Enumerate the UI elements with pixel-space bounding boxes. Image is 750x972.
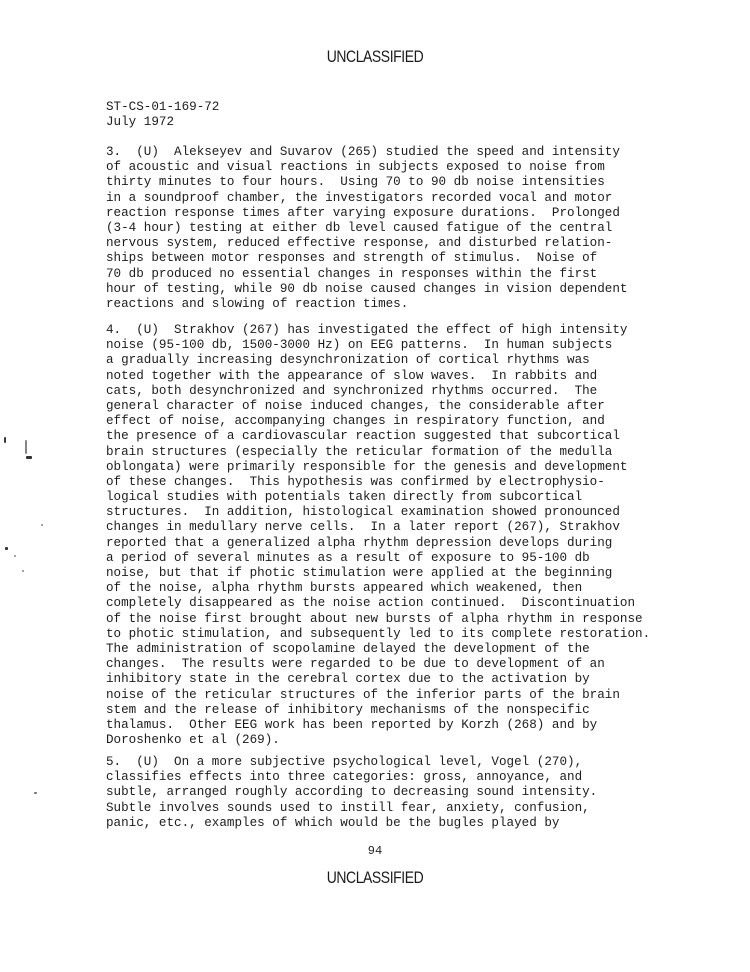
text-line: oblongata) were primarily responsible fo… (106, 460, 650, 475)
scan-artifact (34, 792, 37, 794)
scan-artifact (41, 524, 43, 526)
scan-artifact (26, 456, 32, 459)
text-line: classifies effects into three categories… (106, 770, 597, 785)
scan-artifact (25, 440, 27, 454)
text-line: reactions and slowing of reaction times. (106, 297, 627, 312)
text-line: inhibitory state in the cerebral cortex … (106, 672, 650, 687)
scan-artifact (5, 547, 8, 550)
classification-footer: UNCLASSIFIED (68, 868, 683, 888)
paragraph-5: 5. (U) On a more subjective psychologica… (106, 755, 597, 831)
page-number: 94 (0, 844, 750, 858)
text-line: of these changes. This hypothesis was co… (106, 475, 650, 490)
text-line: reported that a generalized alpha rhythm… (106, 536, 650, 551)
text-line: thalamus. Other EEG work has been report… (106, 718, 650, 733)
text-line: general character of noise induced chang… (106, 399, 650, 414)
text-line: 70 db produced no essential changes in r… (106, 267, 627, 282)
text-line: The administration of scopolamine delaye… (106, 642, 650, 657)
text-line: ships between motor responses and streng… (106, 251, 627, 266)
text-line: of the noise, alpha rhythm bursts appear… (106, 581, 650, 596)
document-meta: ST-CS-01-169-72 July 1972 (106, 100, 219, 130)
document-number: ST-CS-01-169-72 (106, 100, 219, 114)
text-line: 4. (U) Strakhov (267) has investigated t… (106, 323, 650, 338)
text-line: effect of noise, accompanying changes in… (106, 414, 650, 429)
text-line: brain structures (especially the reticul… (106, 445, 650, 460)
text-line: nervous system, reduced effective respon… (106, 236, 627, 251)
text-line: 3. (U) Alekseyev and Suvarov (265) studi… (106, 145, 627, 160)
text-line: a period of several minutes as a result … (106, 551, 650, 566)
text-line: changes in medullary nerve cells. In a l… (106, 520, 650, 535)
text-line: noise, but that if photic stimulation we… (106, 566, 650, 581)
text-line: noise of the reticular structures of the… (106, 688, 650, 703)
text-line: structures. In addition, histological ex… (106, 505, 650, 520)
text-line: of the noise first brought about new bur… (106, 612, 650, 627)
text-line: changes. The results were regarded to be… (106, 657, 650, 672)
text-line: noise (95-100 db, 1500-3000 Hz) on EEG p… (106, 338, 650, 353)
text-line: Subtle involves sounds used to instill f… (106, 801, 597, 816)
text-line: of acoustic and visual reactions in subj… (106, 160, 627, 175)
text-line: subtle, arranged roughly according to de… (106, 785, 597, 800)
scan-artifact (14, 555, 16, 557)
text-line: completely disappeared as the noise acti… (106, 596, 650, 611)
classification-header: UNCLASSIFIED (68, 47, 683, 67)
text-line: (3-4 hour) testing at either db level ca… (106, 221, 627, 236)
text-line: Doroshenko et al (269). (106, 733, 650, 748)
text-line: reaction response times after varying ex… (106, 206, 627, 221)
text-line: a gradually increasing desynchronization… (106, 353, 650, 368)
text-line: 5. (U) On a more subjective psychologica… (106, 755, 597, 770)
text-line: stem and the release of inhibitory mecha… (106, 703, 650, 718)
text-line: thirty minutes to four hours. Using 70 t… (106, 175, 627, 190)
document-page: UNCLASSIFIED ST-CS-01-169-72 July 1972 3… (0, 0, 750, 972)
document-date: July 1972 (106, 115, 174, 129)
paragraph-3: 3. (U) Alekseyev and Suvarov (265) studi… (106, 145, 627, 312)
text-line: logical studies with potentials taken di… (106, 490, 650, 505)
text-line: to photic stimulation, and subsequently … (106, 627, 650, 642)
text-line: cats, both desynchronized and synchroniz… (106, 384, 650, 399)
text-line: noted together with the appearance of sl… (106, 369, 650, 384)
scan-artifact (22, 570, 24, 572)
paragraph-4: 4. (U) Strakhov (267) has investigated t… (106, 323, 650, 748)
text-line: in a soundproof chamber, the investigato… (106, 191, 627, 206)
text-line: panic, etc., examples of which would be … (106, 816, 597, 831)
scan-artifact (4, 437, 6, 443)
text-line: the presence of a cardiovascular reactio… (106, 429, 650, 444)
text-line: hour of testing, while 90 db noise cause… (106, 282, 627, 297)
